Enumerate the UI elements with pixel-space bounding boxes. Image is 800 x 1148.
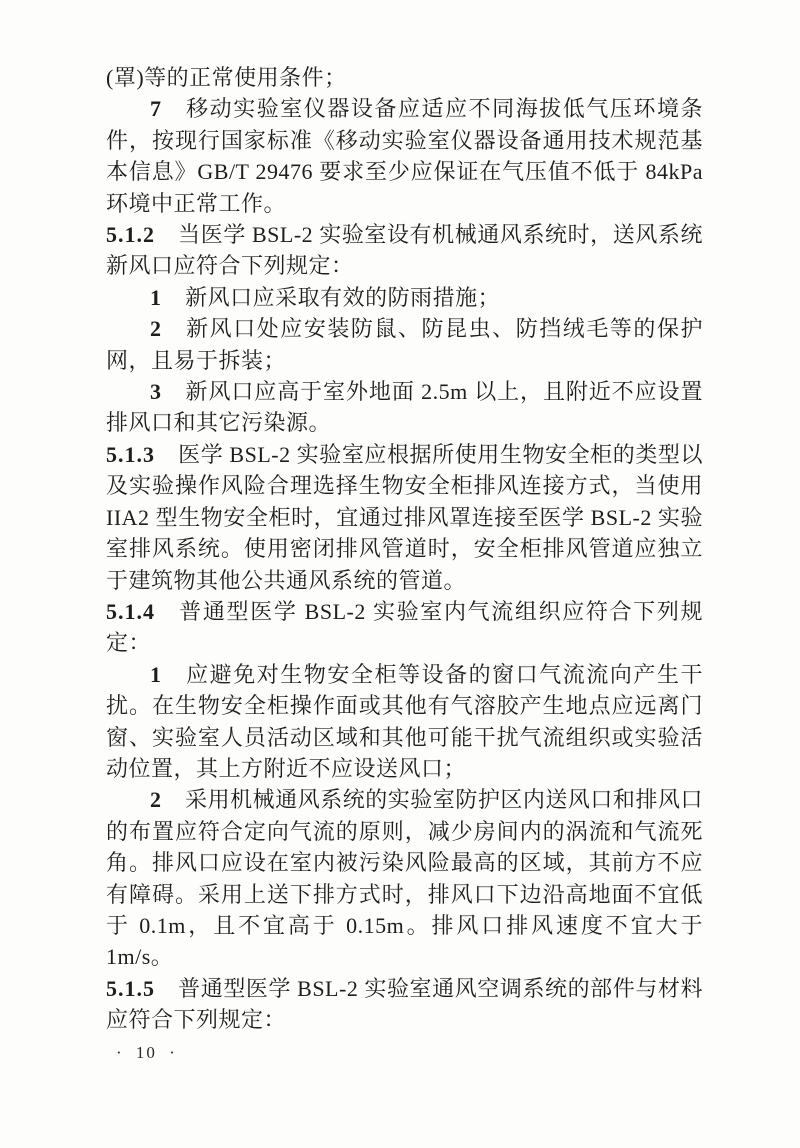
paragraph-text: 医学 BSL-2 实验室应根据所使用生物安全柜的类型以及实验操作风险合理选择生物… [106, 442, 703, 593]
paragraph-text: 新风口应采取有效的防雨措施； [185, 285, 500, 310]
item-number: 2 [150, 316, 162, 341]
paragraph-text: 应避免对生物安全柜等设备的窗口气流流向产生干扰。在生物安全柜操作面或其他有气溶胶… [106, 662, 703, 781]
list-item-1: 1新风口应采取有效的防雨措施； [106, 282, 703, 313]
clause-5-1-2: 5.1.2当医学 BSL-2 实验室设有机械通风系统时，送风系统新风口应符合下列… [106, 219, 703, 282]
clause-5-1-5: 5.1.5普通型医学 BSL-2 实验室通风空调系统的部件与材料应符合下列规定： [106, 973, 703, 1036]
item-number: 1 [150, 285, 162, 310]
clause-5-1-3: 5.1.3医学 BSL-2 实验室应根据所使用生物安全柜的类型以及实验操作风险合… [106, 439, 703, 596]
page-number: · 10 · [116, 1043, 177, 1062]
paragraph-text: 移动实验室仪器设备应适应不同海拔低气压环境条件，按现行国家标准《移动实验室仪器设… [106, 96, 703, 215]
document-body: (罩)等的正常使用条件； 7移动实验室仪器设备应适应不同海拔低气压环境条件，按现… [106, 62, 703, 1036]
paragraph-text: (罩)等的正常使用条件； [106, 65, 347, 90]
list-item-3: 3新风口应高于室外地面 2.5m 以上，且附近不应设置排风口和其它污染源。 [106, 376, 703, 439]
paragraph-text: 普通型医学 BSL-2 实验室通风空调系统的部件与材料应符合下列规定： [106, 976, 703, 1032]
list-item-2: 2新风口处应安装防鼠、防昆虫、防挡绒毛等的保护网，且易于拆装； [106, 313, 703, 376]
item-number: 7 [150, 96, 162, 121]
clause-number: 5.1.2 [106, 222, 155, 247]
paragraph-continuation: (罩)等的正常使用条件； [106, 62, 703, 93]
clause-number: 5.1.3 [106, 442, 155, 467]
paragraph-text: 新风口处应安装防鼠、防昆虫、防挡绒毛等的保护网，且易于拆装； [106, 316, 703, 372]
paragraph-text: 新风口应高于室外地面 2.5m 以上，且附近不应设置排风口和其它污染源。 [106, 379, 703, 435]
item-number: 3 [150, 379, 162, 404]
clause-number: 5.1.5 [106, 976, 155, 1001]
clause-number: 5.1.4 [106, 599, 155, 624]
item-number: 1 [150, 662, 162, 687]
document-page: (罩)等的正常使用条件； 7移动实验室仪器设备应适应不同海拔低气压环境条件，按现… [0, 0, 800, 1148]
paragraph-text: 普通型医学 BSL-2 实验室内气流组织应符合下列规定： [106, 599, 703, 655]
clause-5-1-4: 5.1.4普通型医学 BSL-2 实验室内气流组织应符合下列规定： [106, 596, 703, 659]
list-item-2b: 2采用机械通风系统的实验室防护区内送风口和排风口的布置应符合定向气流的原则，减少… [106, 784, 703, 972]
item-number: 2 [150, 787, 162, 812]
list-item-1b: 1应避免对生物安全柜等设备的窗口气流流向产生干扰。在生物安全柜操作面或其他有气溶… [106, 659, 703, 785]
paragraph-text: 采用机械通风系统的实验室防护区内送风口和排风口的布置应符合定向气流的原则，减少房… [106, 787, 703, 969]
page-footer: · 10 · [106, 1043, 703, 1063]
list-item-7: 7移动实验室仪器设备应适应不同海拔低气压环境条件，按现行国家标准《移动实验室仪器… [106, 93, 703, 219]
paragraph-text: 当医学 BSL-2 实验室设有机械通风系统时，送风系统新风口应符合下列规定： [106, 222, 703, 278]
